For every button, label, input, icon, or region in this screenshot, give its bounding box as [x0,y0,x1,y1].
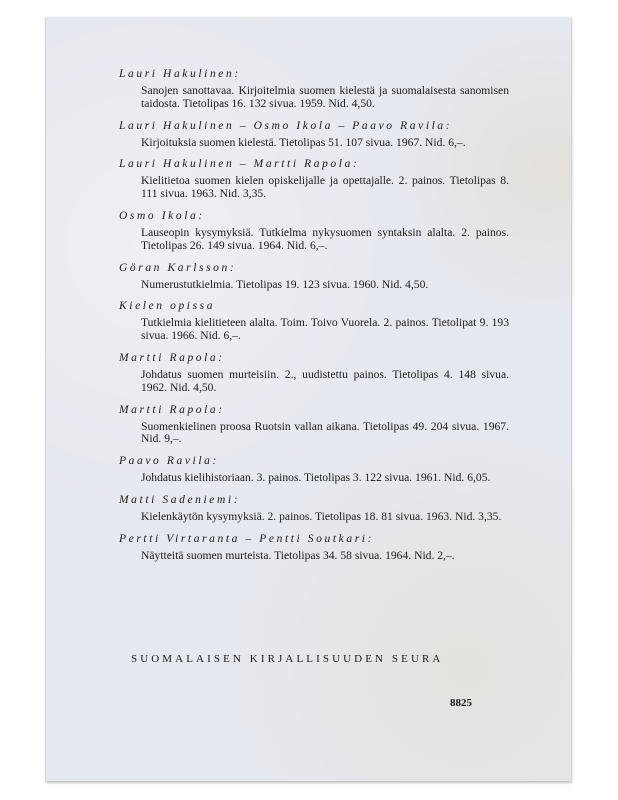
publisher-name: SUOMALAISEN KIRJALLISUUDEN SEURA [131,653,443,665]
book-author: Martti Rapola: [119,350,509,366]
book-author: Matti Sadeniemi: [119,492,509,508]
book-author: Paavo Ravila: [119,453,509,469]
book-entry: Kielen opissa Tutkielmia kielitieteen al… [119,298,509,343]
book-back-cover: Lauri Hakulinen: Sanojen sanottavaa. Kir… [45,17,571,782]
book-description: Johdatus suomen murteisiin. 2., uudistet… [141,369,509,395]
book-entry: Lauri Hakulinen – Osmo Ikola – Paavo Rav… [119,118,509,150]
book-description: Lauseopin kysymyksiä. Tutkielma nykysuom… [141,227,509,253]
print-code: 8825 [450,697,472,709]
book-author: Lauri Hakulinen – Martti Rapola: [119,156,509,172]
book-entry: Lauri Hakulinen – Martti Rapola: Kieliti… [119,156,509,201]
book-description: Tutkielmia kielitieteen alalta. Toim. To… [141,317,509,343]
book-author: Göran Karlsson: [119,260,509,276]
book-author: Kielen opissa [119,298,509,314]
book-description: Kielitietoa suomen kielen opiskelijalle … [141,175,509,201]
book-description: Kielenkäytön kysymyksiä. 2. painos. Tiet… [141,511,509,524]
book-entry: Lauri Hakulinen: Sanojen sanottavaa. Kir… [119,66,509,111]
book-description: Näytteitä suomen murteista. Tietolipas 3… [141,550,509,563]
book-author: Lauri Hakulinen: [119,66,509,82]
book-description: Johdatus kielihistoriaan. 3. painos. Tie… [141,472,509,485]
book-entry: Martti Rapola: Suomenkielinen proosa Ruo… [119,402,509,447]
book-description: Numerustutkielmia. Tietolipas 19. 123 si… [141,279,509,292]
book-author: Pertti Virtaranta – Pentti Soutkari: [119,531,509,547]
book-entry: Matti Sadeniemi: Kielenkäytön kysymyksiä… [119,492,509,524]
book-author: Osmo Ikola: [119,208,509,224]
book-description: Suomenkielinen proosa Ruotsin vallan aik… [141,421,509,447]
book-entry: Osmo Ikola: Lauseopin kysymyksiä. Tutkie… [119,208,509,253]
book-entry: Paavo Ravila: Johdatus kielihistoriaan. … [119,453,509,485]
book-author: Lauri Hakulinen – Osmo Ikola – Paavo Rav… [119,118,509,134]
book-entry: Pertti Virtaranta – Pentti Soutkari: Näy… [119,531,509,563]
book-description: Sanojen sanottavaa. Kirjoitelmia suomen … [141,85,509,111]
book-list: Lauri Hakulinen: Sanojen sanottavaa. Kir… [119,66,509,570]
book-description: Kirjoituksia suomen kielestä. Tietolipas… [141,137,509,150]
book-entry: Göran Karlsson: Numerustutkielmia. Tieto… [119,260,509,292]
book-author: Martti Rapola: [119,402,509,418]
book-entry: Martti Rapola: Johdatus suomen murteisii… [119,350,509,395]
